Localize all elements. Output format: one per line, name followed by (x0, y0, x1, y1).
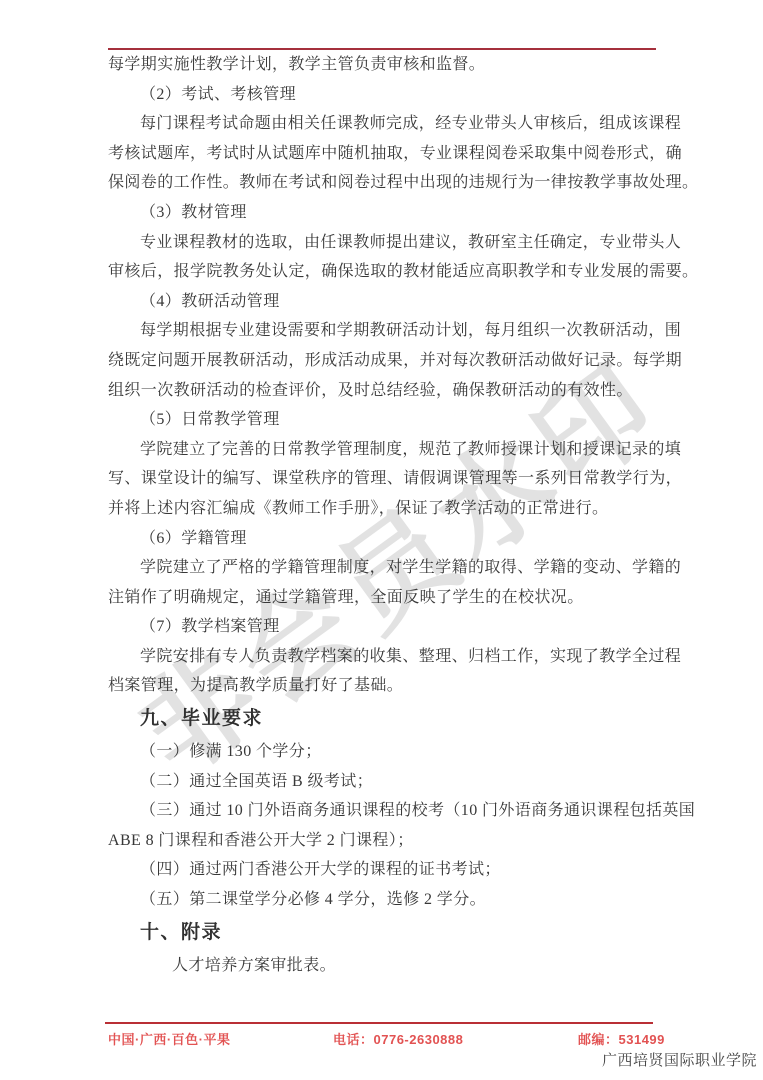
text-line: （五）第二课堂学分必修 4 学分，选修 2 学分。 (108, 885, 680, 915)
text-line: （一）修满 130 个学分； (108, 737, 680, 767)
text-line: 人才培养方案审批表。 (108, 951, 680, 981)
text-line: （三）通过 10 门外语商务通识课程的校考（10 门外语商务通识课程包括英国 (108, 796, 680, 826)
text-line: （7）教学档案管理 (108, 612, 680, 642)
text-line: 绕既定问题开展教研活动，形成活动成果，并对每次教研活动做好记录。每学期 (108, 346, 680, 376)
footer-location: 中国·广西·百色·平果 (108, 1029, 231, 1048)
organization-name: 广西培贤国际职业学院 (602, 1049, 757, 1070)
text-line: （5）日常教学管理 (108, 405, 680, 435)
footer-phone: 电话：0776-2630888 (333, 1029, 463, 1048)
text-line: 写、课堂设计的编写、课堂秩序的管理、请假调课管理等一系列日常教学行为， (108, 464, 680, 494)
text-line: ABE 8 门课程和香港公开大学 2 门课程）； (108, 826, 680, 856)
text-line: 保阅卷的工作性。教师在考试和阅卷过程中出现的违规行为一律按教学事故处理。 (108, 168, 680, 198)
text-line: 学院安排有专人负责教学档案的收集、整理、归档工作，实现了教学全过程 (108, 642, 680, 672)
document-lines: 每学期实施性教学计划，教学主管负责审核和监督。（2）考试、考核管理每门课程考试命… (108, 50, 680, 980)
footer-postcode: 邮编：531499 (578, 1029, 665, 1048)
text-line: 注销作了明确规定，通过学籍管理，全面反映了学生的在校状况。 (108, 583, 680, 613)
text-line: 学院建立了严格的学籍管理制度，对学生学籍的取得、学籍的变动、学籍的 (108, 553, 680, 583)
text-line: 考核试题库，考试时从试题库中随机抽取，专业课程阅卷采取集中阅卷形式，确 (108, 139, 680, 169)
text-line: 并将上述内容汇编成《教师工作手册》，保证了教学活动的正常进行。 (108, 494, 680, 524)
text-line: 档案管理，为提高教学质量打好了基础。 (108, 671, 680, 701)
text-line: 每门课程考试命题由相关任课教师完成，经专业带头人审核后，组成该课程 (108, 109, 680, 139)
text-line: （3）教材管理 (108, 198, 680, 228)
section-heading: 十、附录 (108, 915, 680, 951)
section-heading: 九、毕业要求 (108, 701, 680, 737)
text-line: 每学期实施性教学计划，教学主管负责审核和监督。 (108, 50, 680, 80)
text-line: （四）通过两门香港公开大学的课程的证书考试； (108, 855, 680, 885)
text-line: （二）通过全国英语 B 级考试； (108, 767, 680, 797)
text-line: （6）学籍管理 (108, 524, 680, 554)
document-body: 每学期实施性教学计划，教学主管负责审核和监督。（2）考试、考核管理每门课程考试命… (108, 50, 680, 980)
text-line: 每学期根据专业建设需要和学期教研活动计划，每月组织一次教研活动，围 (108, 316, 680, 346)
document-page: 非会员水印 每学期实施性教学计划，教学主管负责审核和监督。（2）考试、考核管理每… (0, 0, 763, 1080)
text-line: （2）考试、考核管理 (108, 80, 680, 110)
text-line: 组织一次教研活动的检查评价，及时总结经验，确保教研活动的有效性。 (108, 376, 680, 406)
text-line: 审核后，报学院教务处认定，确保选取的教材能适应高职教学和专业发展的需要。 (108, 257, 680, 287)
text-line: （4）教研活动管理 (108, 287, 680, 317)
footer-red-rule (105, 1022, 653, 1024)
text-line: 学院建立了完善的日常教学管理制度，规范了教师授课计划和授课记录的填 (108, 435, 680, 465)
text-line: 专业课程教材的选取，由任课教师提出建议，教研室主任确定，专业带头人 (108, 228, 680, 258)
